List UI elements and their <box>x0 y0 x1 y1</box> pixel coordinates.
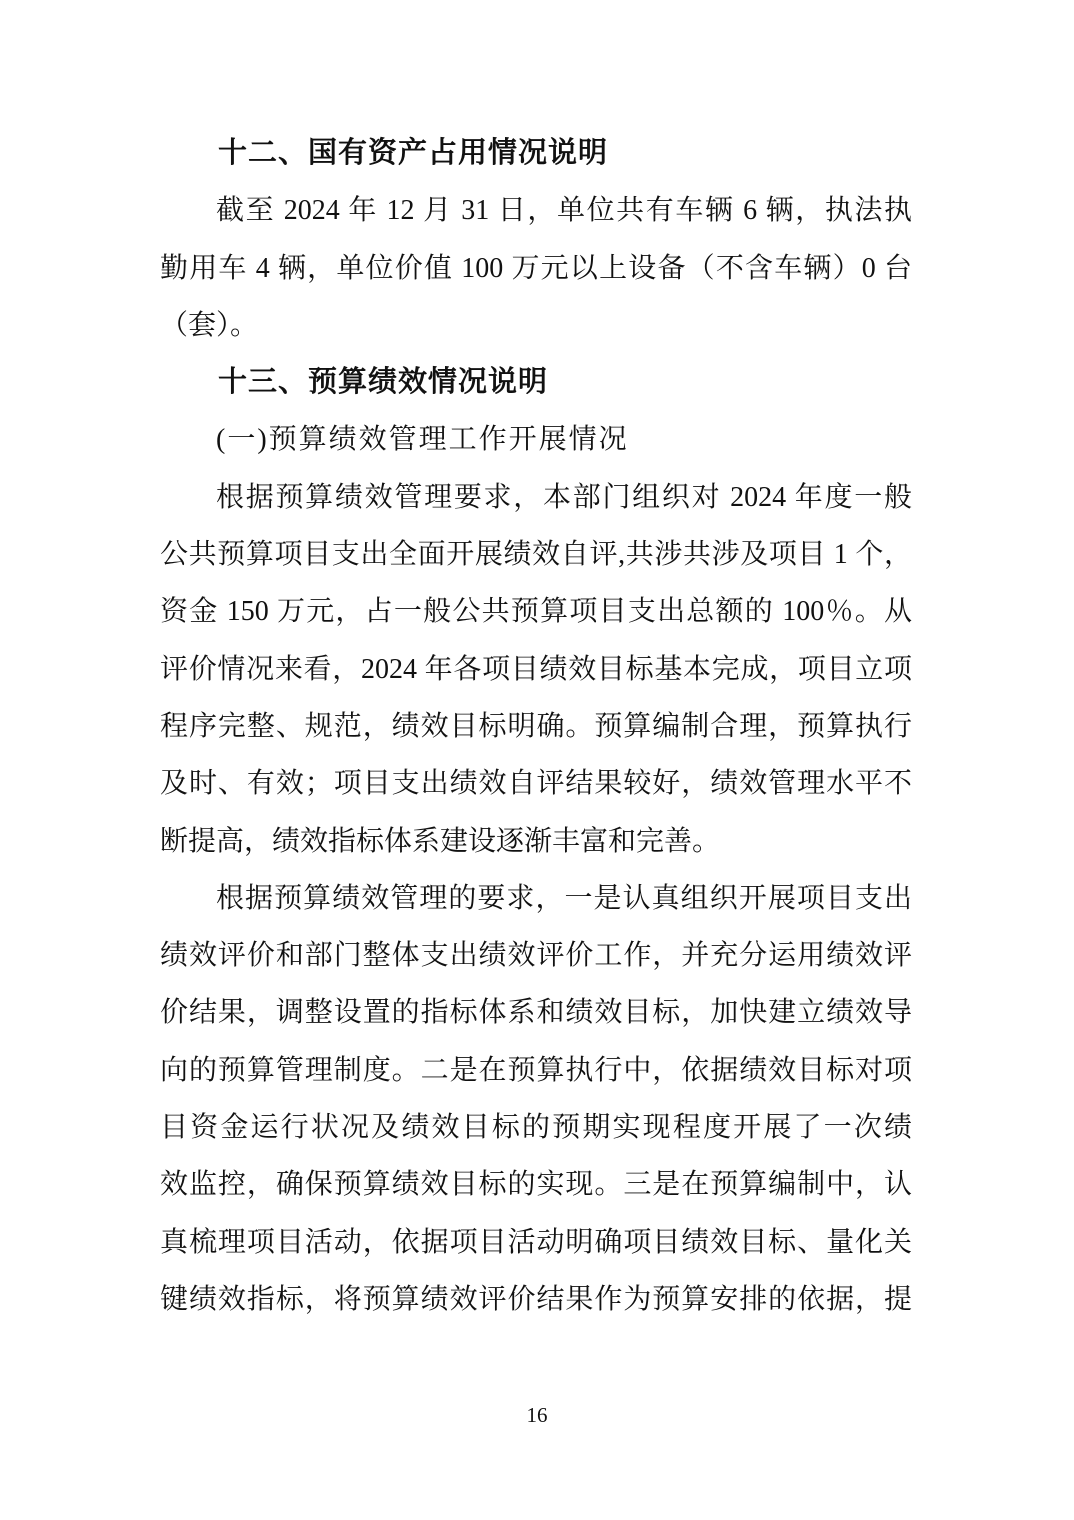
document-body: 十二、国有资产占用情况说明 截至 2024 年 12 月 31 日，单位共有车辆… <box>160 125 912 1328</box>
body-line: 向的预算管理制度。二是在预算执行中，依据绩效目标对项 <box>160 1042 912 1099</box>
body-line: 键绩效指标，将预算绩效评价结果作为预算安排的依据，提 <box>160 1271 912 1328</box>
section-heading-13: 十三、预算绩效情况说明 <box>160 354 912 411</box>
body-line: 绩效评价和部门整体支出绩效评价工作，并充分运用绩效评 <box>160 927 912 984</box>
body-line: 资金 150 万元，占一般公共预算项目支出总额的 100％。从 <box>160 583 912 640</box>
body-line: （套）。 <box>160 297 912 354</box>
body-line: 截至 2024 年 12 月 31 日，单位共有车辆 6 辆，执法执 <box>160 182 912 239</box>
subsection-heading: (一)预算绩效管理工作开展情况 <box>160 411 912 468</box>
document-page: 十二、国有资产占用情况说明 截至 2024 年 12 月 31 日，单位共有车辆… <box>0 0 1074 1520</box>
body-line: 公共预算项目支出全面开展绩效自评,共涉共涉及项目 1 个， <box>160 526 912 583</box>
body-line: 价结果，调整设置的指标体系和绩效目标，加快建立绩效导 <box>160 984 912 1041</box>
body-line: 目资金运行状况及绩效目标的预期实现程度开展了一次绩 <box>160 1099 912 1156</box>
body-line: 勤用车 4 辆，单位价值 100 万元以上设备（不含车辆）0 台 <box>160 240 912 297</box>
body-line: 程序完整、规范，绩效目标明确。预算编制合理，预算执行 <box>160 698 912 755</box>
page-number: 16 <box>0 1400 1074 1430</box>
body-line: 及时、有效；项目支出绩效自评结果较好，绩效管理水平不 <box>160 755 912 812</box>
body-line: 评价情况来看，2024 年各项目绩效目标基本完成，项目立项 <box>160 641 912 698</box>
body-line: 真梳理项目活动，依据项目活动明确项目绩效目标、量化关 <box>160 1214 912 1271</box>
section-heading-12: 十二、国有资产占用情况说明 <box>160 125 912 182</box>
body-line: 根据预算绩效管理的要求，一是认真组织开展项目支出 <box>160 870 912 927</box>
body-line: 效监控，确保预算绩效目标的实现。三是在预算编制中，认 <box>160 1156 912 1213</box>
body-line: 断提高，绩效指标体系建设逐渐丰富和完善。 <box>160 813 912 870</box>
body-line: 根据预算绩效管理要求，本部门组织对 2024 年度一般 <box>160 469 912 526</box>
